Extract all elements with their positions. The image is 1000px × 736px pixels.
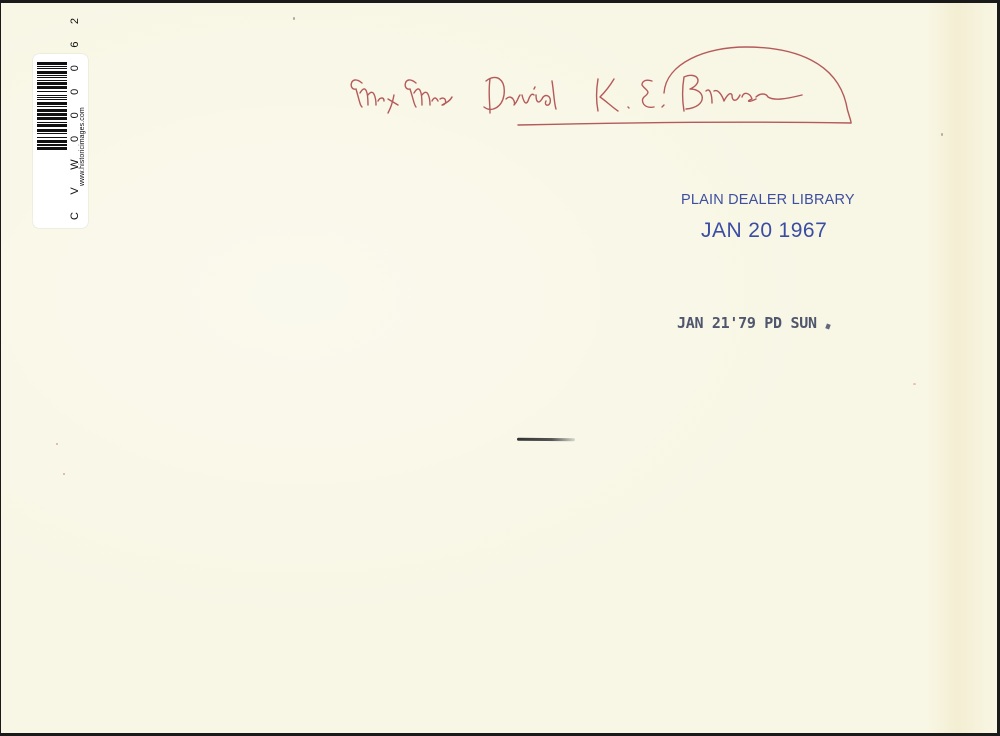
date-stamp-day: 20 — [748, 219, 772, 242]
pencil-mark — [517, 438, 575, 442]
barcode-bar — [37, 147, 67, 150]
barcode-bars — [37, 62, 67, 222]
sunday-edition-stamp: JAN 21'79 PD SUN — [677, 314, 817, 332]
barcode-url: www.historicimages.com — [79, 107, 86, 186]
paper-speck — [56, 443, 58, 445]
date-stamp: JAN201967 — [701, 219, 827, 243]
handwritten-caption: Mr + Mrs David K. E. Bruce — [346, 43, 861, 133]
barcode-label: C V W 0 0 0 0 6 2 www.historicimages.com — [33, 54, 88, 228]
photo-back-paper: C V W 0 0 0 0 6 2 www.historicimages.com — [1, 3, 997, 733]
barcode-text-rotated: C V W 0 0 0 0 6 2 www.historicimages.com — [69, 52, 89, 226]
date-stamp-month: JAN — [701, 219, 742, 242]
ink-dot-mark — [825, 323, 830, 329]
paper-speck — [941, 133, 943, 136]
handwriting-text: Mr + Mrs David K. E. Bruce — [352, 71, 838, 111]
paper-speck — [63, 473, 65, 475]
paper-speck — [293, 17, 295, 20]
library-stamp: PLAIN DEALER LIBRARY — [681, 192, 855, 208]
paper-speck — [913, 383, 916, 385]
date-stamp-year: 1967 — [779, 219, 828, 242]
